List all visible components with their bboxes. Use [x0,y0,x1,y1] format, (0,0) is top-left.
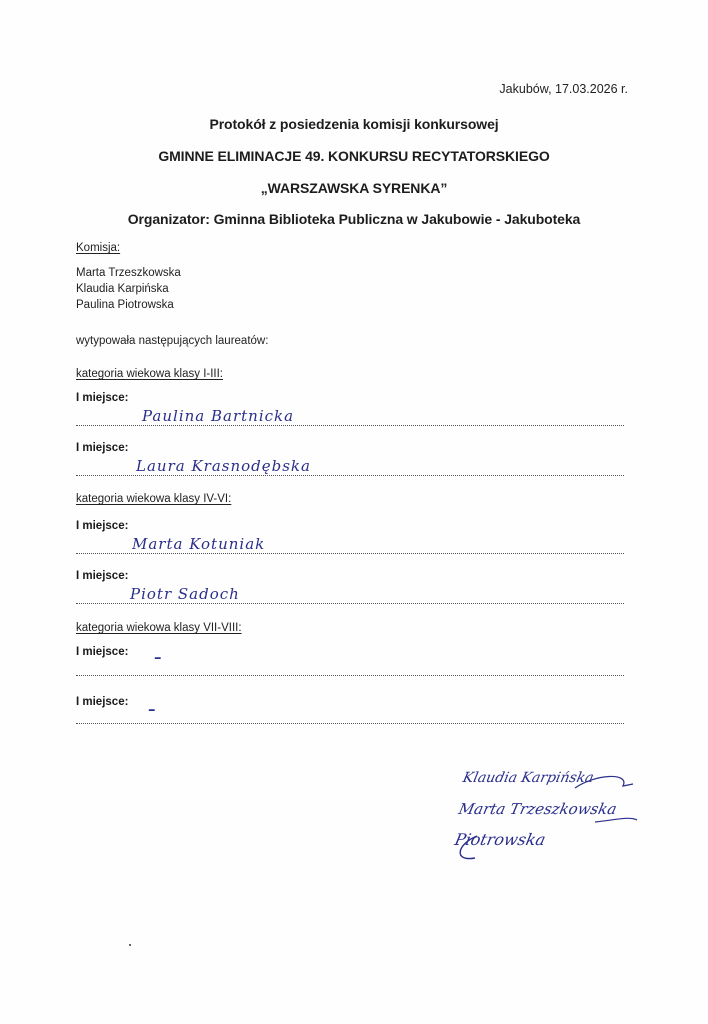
dotted-line [76,475,624,476]
dotted-line [76,425,624,426]
dotted-line [76,603,624,604]
place-label: I miejsce: [76,646,128,658]
place-date: Jakubów, 17.03.2026 r. [499,82,628,96]
scan-speck [129,944,131,946]
laureate-entry: I miejsce: Piotr Sadoch [76,570,624,604]
organizer: Organizator: Gminna Biblioteka Publiczna… [0,211,708,228]
laureates-intro: wytypowała następujących laureatów: [76,335,268,347]
place-label: I miejsce: [76,392,128,404]
place-label: I miejsce: [76,696,128,708]
document-page: Jakubów, 17.03.2026 r. Protokół z posied… [0,0,708,1024]
laureate-entry: I miejsce: Paulina Bartnicka [76,392,624,426]
laureate-name-handwritten[interactable]: – [148,700,157,718]
signature: Klaudia Karpińska [461,770,595,786]
laureate-name-handwritten[interactable]: Marta Kotuniak [132,535,265,553]
commission-member: Marta Trzeszkowska [76,265,181,281]
place-label: I miejsce: [76,442,128,454]
category-label: kategoria wiekowa klasy I-III: [76,368,223,380]
laureate-entry: I miejsce: – [76,692,624,724]
commission-label: Komisja: [76,242,120,254]
signature: Marta Trzeszkowska [457,800,618,818]
laureate-entry: I miejsce: – [76,642,624,676]
dotted-line [76,723,624,724]
laureate-entry: I miejsce: Marta Kotuniak [76,520,624,554]
signature: Piotrowska [453,830,547,849]
category-label: kategoria wiekowa klasy VII-VIII: [76,622,242,634]
laureate-name-handwritten[interactable]: Piotr Sadoch [130,585,240,603]
place-label: I miejsce: [76,520,128,532]
place-label: I miejsce: [76,570,128,582]
commission-members: Marta Trzeszkowska Klaudia Karpińska Pau… [76,265,181,313]
document-title-block: Protokół z posiedzenia komisji konkursow… [0,116,708,228]
contest-subtitle: „WARSZAWSKA SYRENKA” [0,180,708,197]
commission-member: Klaudia Karpińska [76,281,181,297]
commission-member: Paulina Piotrowska [76,297,181,313]
laureate-name-handwritten[interactable]: – [154,648,163,666]
category-label: kategoria wiekowa klasy IV-VI: [76,493,231,505]
laureate-name-handwritten[interactable]: Laura Krasnodębska [136,457,311,475]
laureate-name-handwritten[interactable]: Paulina Bartnicka [142,407,294,425]
dotted-line [76,675,624,676]
dotted-line [76,553,624,554]
contest-name: GMINNE ELIMINACJE 49. KONKURSU RECYTATOR… [0,148,708,165]
protocol-title: Protokół z posiedzenia komisji konkursow… [0,116,708,133]
laureate-entry: I miejsce: Laura Krasnodębska [76,442,624,476]
